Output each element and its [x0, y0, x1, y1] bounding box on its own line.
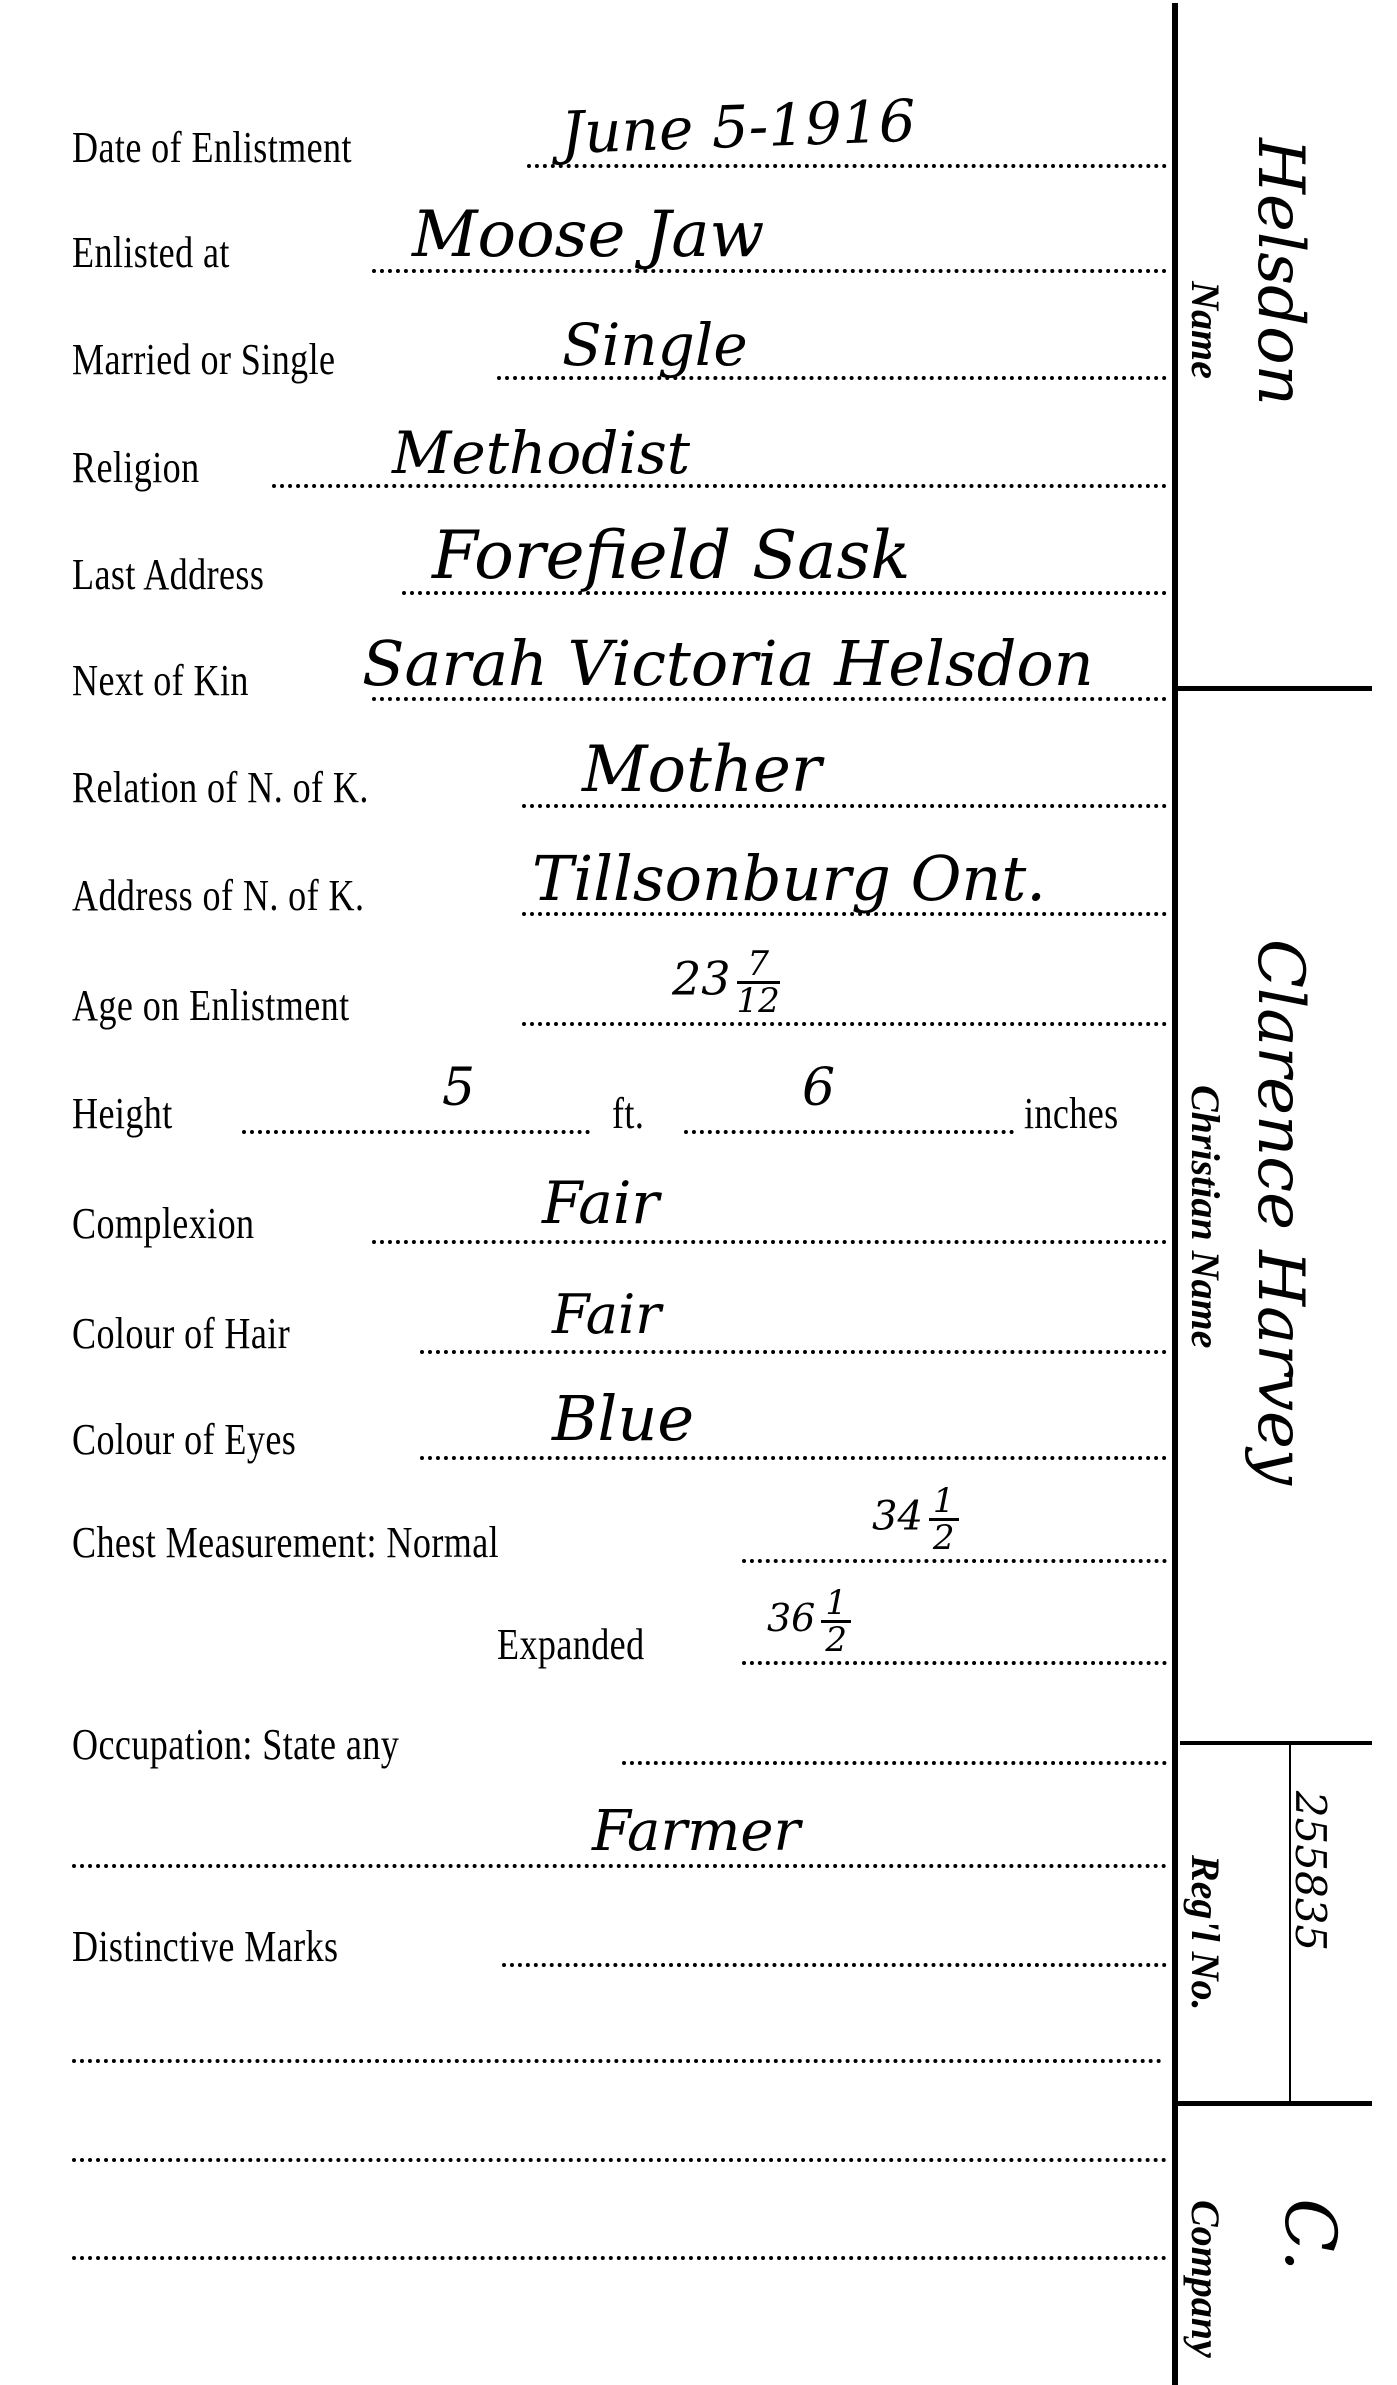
- name-header: Name: [1185, 275, 1225, 385]
- dotted-line: [72, 2059, 1162, 2063]
- field-value[interactable]: Single: [562, 316, 748, 374]
- field-label: Date of Enlistment: [72, 126, 352, 170]
- dotted-line: [242, 1130, 590, 1134]
- dotted-line: [420, 1350, 1167, 1354]
- field-height: Height ft. inches 5 6: [72, 1076, 1167, 1136]
- field-label: Address of N. of K.: [72, 874, 364, 918]
- field-label: Next of Kin: [72, 659, 249, 703]
- field-label: Enlisted at: [72, 231, 230, 275]
- christian-name-value[interactable]: Clarence Harvey: [1248, 752, 1312, 1672]
- distinctive-marks-line-2: [72, 2005, 1162, 2065]
- field-enlisted-at: Enlisted at Moose Jaw: [72, 215, 1167, 275]
- age-whole: 23: [672, 952, 731, 1006]
- field-age-on-enlistment: Age on Enlistment 23712: [72, 968, 1167, 1028]
- field-label: Complexion: [72, 1202, 255, 1246]
- chest-expanded-whole: 36: [767, 1596, 815, 1640]
- field-value[interactable]: Mother: [582, 738, 821, 802]
- field-occupation: Occupation: State any: [72, 1707, 1167, 1767]
- field-distinctive-marks: Distinctive Marks: [72, 1909, 1167, 1969]
- dotted-line: [72, 1864, 1167, 1868]
- field-next-of-kin: Next of Kin Sarah Victoria Helsdon: [72, 643, 1167, 703]
- field-value[interactable]: Blue: [552, 1388, 694, 1450]
- field-value[interactable]: Fair: [542, 1174, 659, 1232]
- dotted-line: [742, 1661, 1167, 1665]
- inches-unit-label: inches: [1024, 1092, 1119, 1136]
- field-colour-of-eyes: Colour of Eyes Blue: [72, 1402, 1167, 1462]
- dotted-line: [522, 1022, 1167, 1026]
- field-label: Religion: [72, 446, 200, 490]
- feet-unit-label: ft.: [612, 1092, 644, 1136]
- dotted-line: [502, 1963, 1167, 1967]
- field-chest-normal: Chest Measurement: Normal 3412: [72, 1505, 1167, 1565]
- christian-name-header: Christian Name: [1185, 1085, 1225, 1335]
- field-value[interactable]: Sarah Victoria Helsdon: [362, 633, 1094, 695]
- field-label: Colour of Eyes: [72, 1418, 296, 1462]
- field-value[interactable]: Fair: [552, 1288, 661, 1342]
- age-fraction: 712: [737, 947, 780, 1018]
- dotted-line: [622, 1761, 1167, 1765]
- height-inches-value[interactable]: 6: [802, 1062, 835, 1114]
- chest-expanded-fraction: 12: [821, 1586, 851, 1657]
- field-label: Chest Measurement: Normal: [72, 1521, 499, 1565]
- field-label: Last Address: [72, 553, 264, 597]
- chest-normal-fraction: 12: [929, 1484, 959, 1555]
- regimental-no-header: Reg'l No.: [1185, 1855, 1225, 1985]
- company-value[interactable]: C.: [1275, 2185, 1345, 2285]
- field-complexion: Complexion Fair: [72, 1186, 1167, 1246]
- dotted-line: [684, 1130, 1014, 1134]
- field-label: Distinctive Marks: [72, 1925, 339, 1969]
- field-label: Relation of N. of K.: [72, 766, 369, 810]
- field-date-of-enlistment: Date of Enlistment June 5-1916: [72, 110, 1167, 170]
- field-colour-of-hair: Colour of Hair Fair: [72, 1296, 1167, 1356]
- field-label: Married or Single: [72, 338, 335, 382]
- regimental-no-section-divider: [1178, 2101, 1372, 2106]
- christian-name-section-divider: [1180, 1741, 1372, 1745]
- field-label: Occupation: State any: [72, 1723, 399, 1767]
- field-value[interactable]: Moose Jaw: [412, 203, 764, 267]
- surname-value[interactable]: Helsdon: [1248, 92, 1312, 452]
- field-label: Colour of Hair: [72, 1312, 290, 1356]
- field-last-address: Last Address Forefield Sask: [72, 537, 1167, 597]
- field-relation-of-next-of-kin: Relation of N. of K. Mother: [72, 750, 1167, 810]
- side-panel-divider: [1172, 3, 1178, 2385]
- dotted-line: [72, 2256, 1167, 2260]
- dotted-line: [420, 1456, 1167, 1460]
- name-section-divider: [1172, 686, 1372, 691]
- field-value[interactable]: 23712: [672, 947, 780, 1018]
- field-value[interactable]: June 5-1916: [560, 92, 917, 162]
- field-chest-expanded: Expanded 3612: [497, 1607, 1167, 1667]
- field-label: Height: [72, 1092, 173, 1136]
- field-value[interactable]: Tillsonburg Ont.: [532, 848, 1046, 910]
- height-feet-value[interactable]: 5: [442, 1062, 475, 1114]
- field-label: Expanded: [497, 1623, 645, 1667]
- dotted-line: [742, 1559, 1167, 1563]
- field-value[interactable]: 3412: [872, 1484, 959, 1555]
- field-value[interactable]: 3612: [767, 1586, 851, 1657]
- occupation-value[interactable]: Farmer: [592, 1804, 800, 1860]
- field-religion: Religion Methodist: [72, 430, 1167, 490]
- field-address-of-next-of-kin: Address of N. of K. Tillsonburg Ont.: [72, 858, 1167, 918]
- regimental-no-value[interactable]: 255835: [1289, 1781, 1331, 1961]
- chest-normal-whole: 34: [872, 1494, 923, 1540]
- field-label: Age on Enlistment: [72, 984, 350, 1028]
- field-occupation-continuation: Farmer: [72, 1810, 1167, 1870]
- distinctive-marks-line-4: [72, 2202, 1167, 2262]
- dotted-line: [372, 1240, 1167, 1244]
- company-header: Company: [1185, 2200, 1225, 2340]
- dotted-line: [72, 2158, 1167, 2162]
- field-value[interactable]: Forefield Sask: [432, 523, 910, 589]
- field-value[interactable]: Methodist: [392, 424, 690, 482]
- field-married-or-single: Married or Single Single: [72, 322, 1167, 382]
- distinctive-marks-line-3: [72, 2104, 1167, 2164]
